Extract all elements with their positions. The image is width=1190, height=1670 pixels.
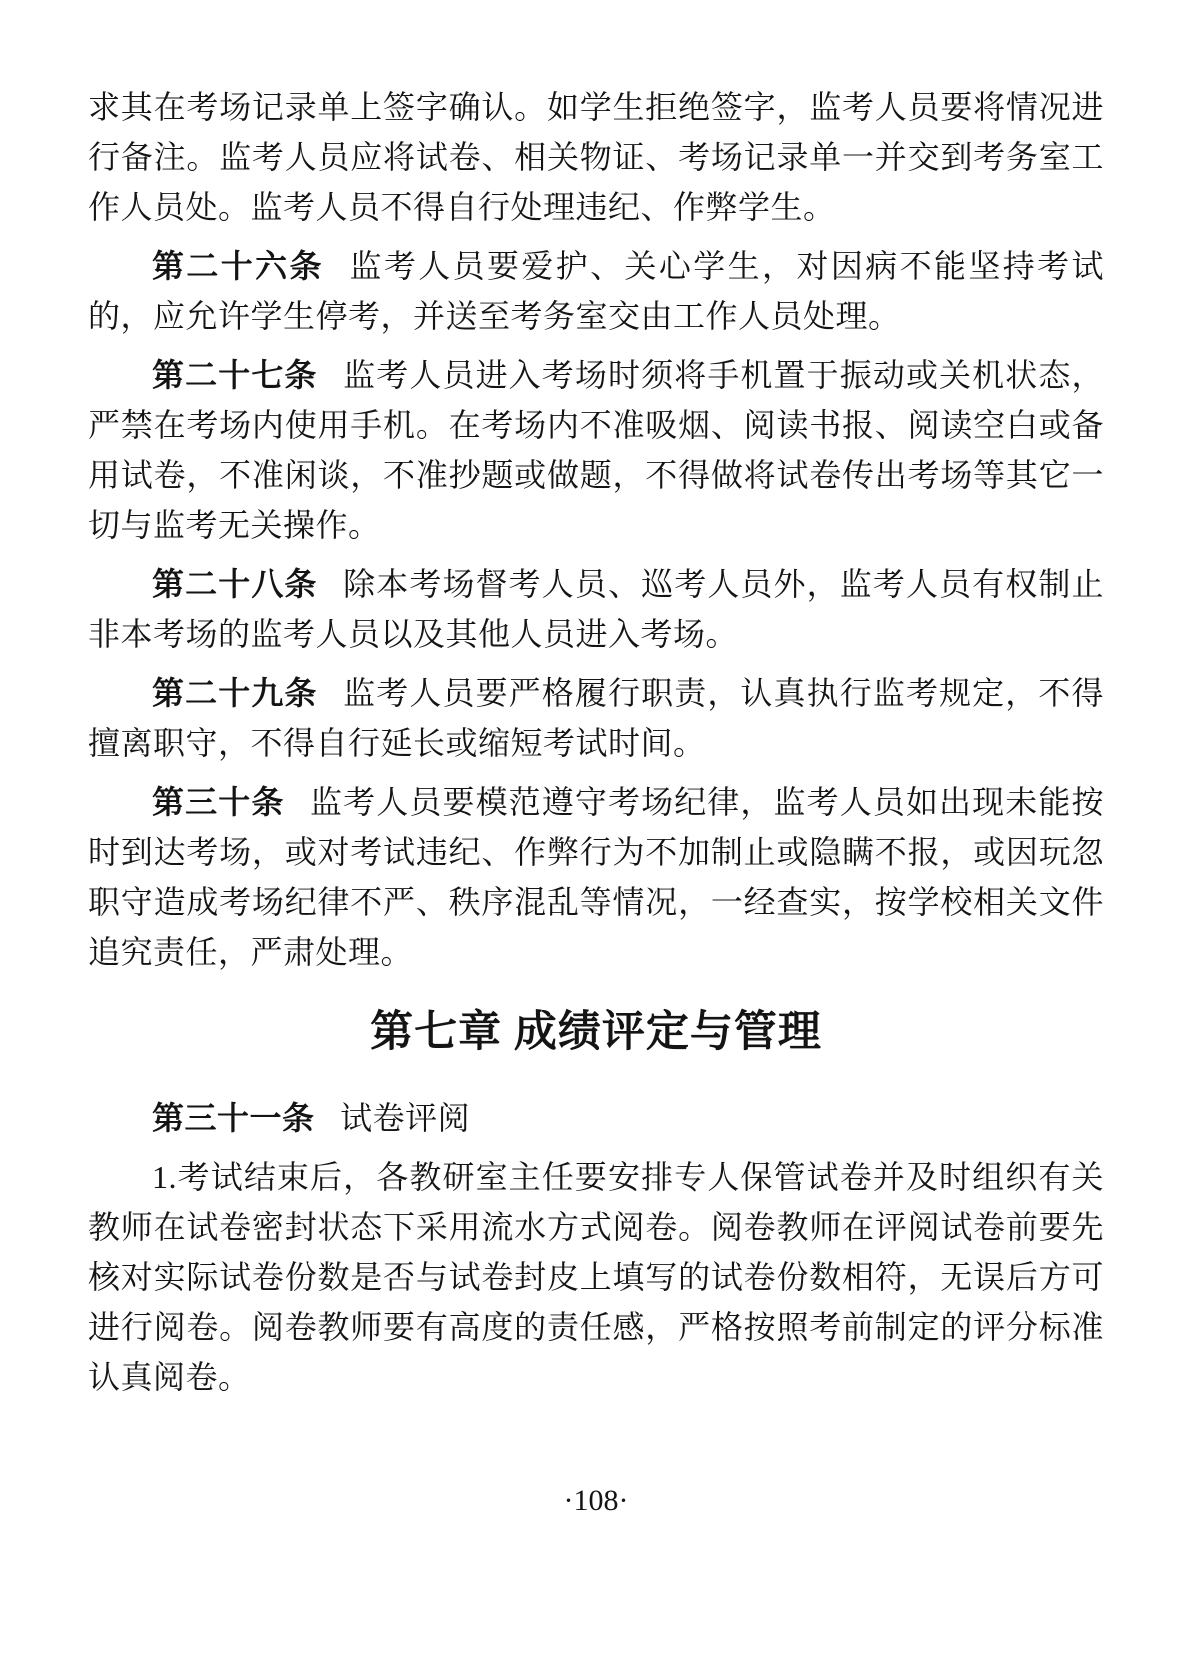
chapter-heading: 第七章 成绩评定与管理: [88, 1003, 1104, 1063]
article-29-paragraph: 第二十九条监考人员要严格履行职责，认真执行监考规定，不得擅离职守，不得自行延长或…: [88, 668, 1104, 768]
page-number: ·108·: [88, 1476, 1104, 1526]
article-27-label: 第二十七条: [152, 357, 318, 393]
article-26-paragraph: 第二十六条监考人员要爱护、关心学生，对因病不能坚持考试的，应允许学生停考，并送至…: [88, 241, 1104, 341]
article-28-paragraph: 第二十八条除本考场督考人员、巡考人员外，监考人员有权制止非本考场的监考人员以及其…: [88, 559, 1104, 659]
article-26-label: 第二十六条: [152, 248, 324, 284]
article-29-label: 第二十九条: [152, 675, 318, 711]
article-31-label: 第三十一条: [152, 1100, 315, 1136]
article-28-label: 第二十八条: [152, 566, 318, 602]
article-31-paragraph: 第三十一条试卷评阅: [88, 1093, 1104, 1143]
article-27-paragraph: 第二十七条监考人员进入考场时须将手机置于振动或关机状态，严禁在考场内使用手机。在…: [88, 350, 1104, 550]
document-page: 求其在考场记录单上签字确认。如学生拒绝签字，监考人员要将情况进行备注。监考人员应…: [0, 0, 1190, 1670]
article-30-label: 第三十条: [152, 784, 284, 820]
numbered-item-1-paragraph: 1.考试结束后，各教研室主任要安排专人保管试卷并及时组织有关教师在试卷密封状态下…: [88, 1152, 1104, 1402]
article-31-text: 试卷评阅: [340, 1100, 470, 1136]
paragraph-continuation: 求其在考场记录单上签字确认。如学生拒绝签字，监考人员要将情况进行备注。监考人员应…: [88, 82, 1104, 232]
article-30-paragraph: 第三十条监考人员要模范遵守考场纪律，监考人员如出现未能按时到达考场，或对考试违纪…: [88, 777, 1104, 977]
